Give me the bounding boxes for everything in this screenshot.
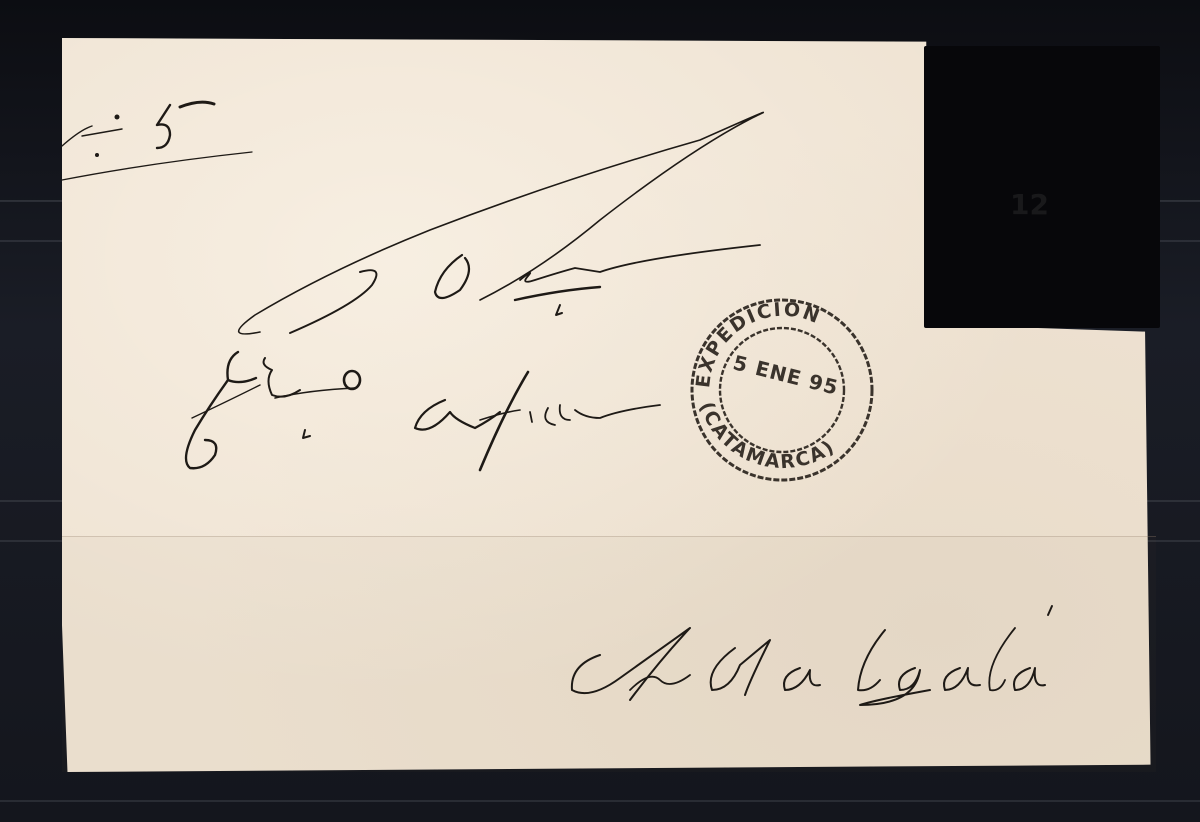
postmark-cancel: EXPEDICION (CATAMARCA) xyxy=(672,290,892,490)
handwriting-layer xyxy=(0,0,1200,822)
postmark-bottom-text: (CATAMARCA) xyxy=(695,399,839,473)
address-line-oficina xyxy=(186,352,660,470)
annotation-number xyxy=(62,102,252,180)
address-destination-andalgala xyxy=(572,606,1052,705)
